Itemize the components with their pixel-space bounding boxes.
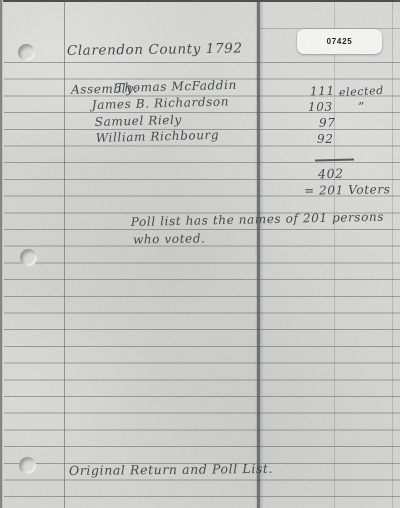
scan-noise-texture — [0, 0, 400, 508]
paper-crease-line — [392, 0, 393, 508]
page-title: Clarendon County 1792 — [67, 42, 243, 59]
hole-punch-top — [18, 44, 35, 61]
vote-count: 97 — [319, 117, 335, 130]
scanned-document-page: 07425 Clarendon County 1792 Assembly: Th… — [0, 0, 400, 508]
poll-note-line-2: who voted. — [133, 232, 206, 246]
hole-punch-bottom — [19, 457, 36, 474]
candidate-name: William Richbourg — [96, 129, 220, 145]
vote-count: 103 — [308, 101, 333, 114]
ditto-mark: ” — [358, 101, 365, 114]
paper-crease-line — [334, 0, 335, 508]
center-divider-line — [257, 0, 260, 508]
footer-annotation: Original Return and Poll List. — [69, 462, 273, 478]
scan-left-edge — [0, 0, 3, 508]
left-margin-line — [64, 0, 65, 508]
poll-note-line-1: Poll list has the names of 201 persons — [131, 211, 384, 229]
vote-total: 402 — [318, 167, 344, 182]
candidate-name: Samuel Riely — [95, 114, 182, 129]
scan-shading — [0, 0, 400, 508]
candidate-name: James B. Richardson — [92, 95, 230, 112]
vote-count: 111 — [310, 85, 335, 99]
candidate-name: Thomas McFaddin — [116, 79, 237, 95]
hole-punch-middle — [20, 249, 37, 266]
scan-top-edge — [0, 0, 400, 2]
catalog-sticker: 07425 — [297, 29, 382, 54]
vote-note: elected — [339, 85, 384, 99]
vote-count: 92 — [317, 133, 333, 146]
catalog-number: 07425 — [327, 37, 353, 46]
voters-equation: = 201 Voters — [304, 183, 391, 198]
